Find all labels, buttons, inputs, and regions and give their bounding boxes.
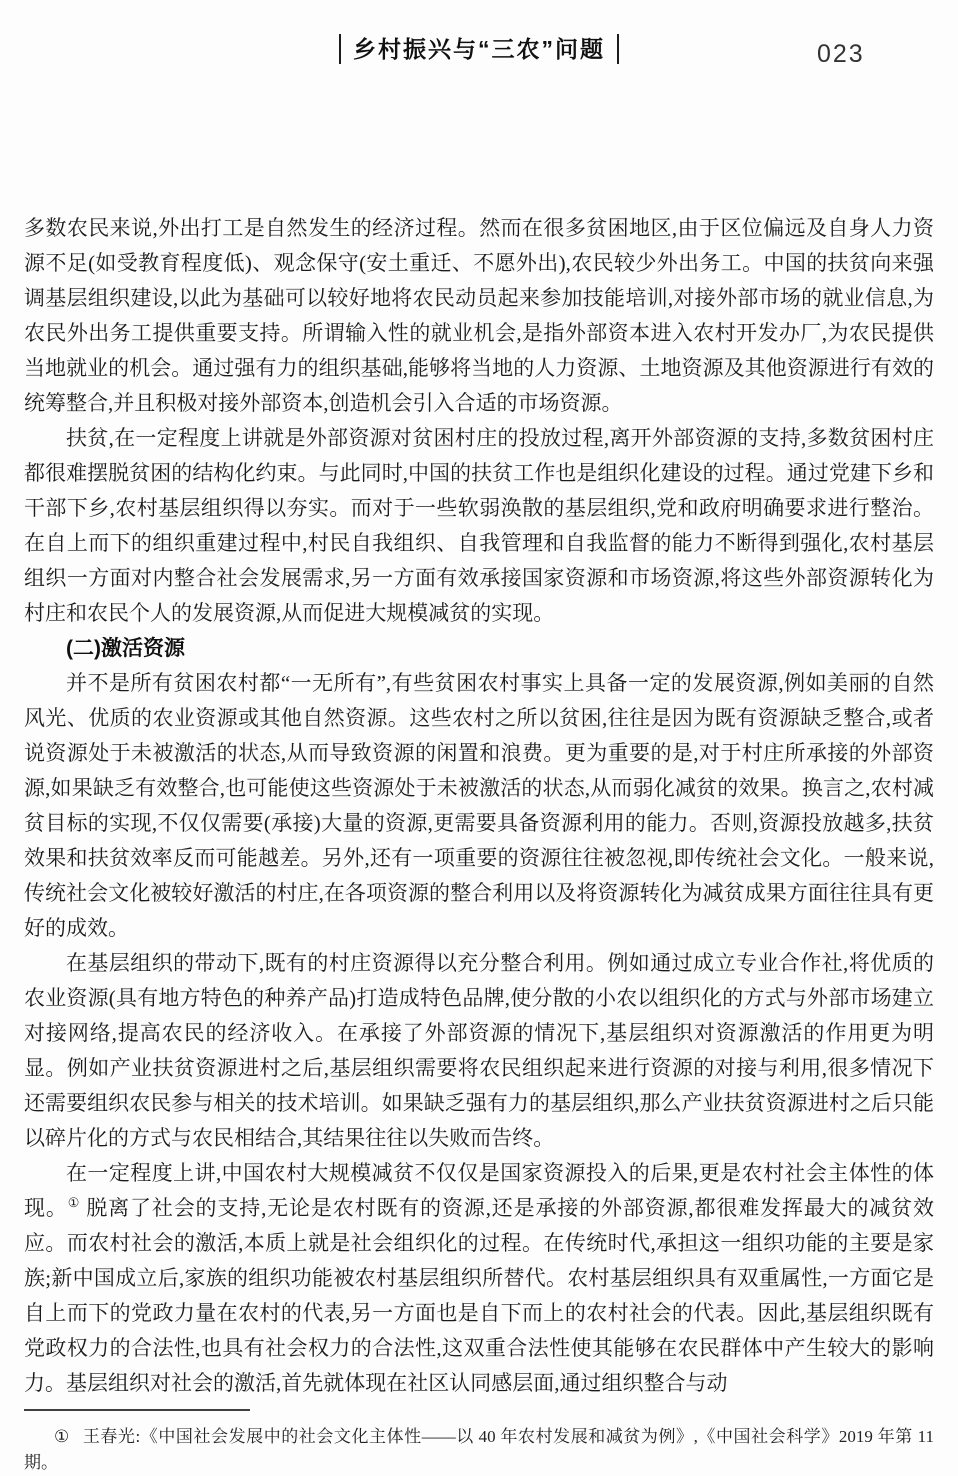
- footnote: ①王春光:《中国社会发展中的社会文化主体性——以 40 年农村发展和减贫为例》,…: [24, 1424, 934, 1476]
- paragraph-4: 在基层组织的带动下,既有的村庄资源得以充分整合利用。例如通过成立专业合作社,将优…: [24, 946, 934, 1156]
- page-number: 023: [817, 40, 865, 69]
- paragraph-1: 多数农民来说,外出打工是自然发生的经济过程。然而在很多贫困地区,由于区位偏远及自…: [24, 211, 934, 421]
- body-text: 多数农民来说,外出打工是自然发生的经济过程。然而在很多贫困地区,由于区位偏远及自…: [24, 211, 934, 1401]
- footnote-separator: [24, 1409, 250, 1411]
- paragraph-5-text-cont: 脱离了社会的支持,无论是农村既有的资源,还是承接的外部资源,都很难发挥最大的减贫…: [24, 1196, 934, 1395]
- header-right-bar: [617, 34, 619, 64]
- running-header: 乡村振兴与“三农”问题: [0, 34, 958, 69]
- page-title: 乡村振兴与“三农”问题: [353, 34, 605, 64]
- footnote-reference-mark: ①: [68, 1195, 81, 1210]
- section-heading: (二)激活资源: [24, 631, 934, 666]
- header-title-group: 乡村振兴与“三农”问题: [339, 34, 619, 64]
- paragraph-3: 并不是所有贫困农村都“一无所有”,有些贫困农村事实上具备一定的发展资源,例如美丽…: [24, 666, 934, 946]
- paragraph-2: 扶贫,在一定程度上讲就是外部资源对贫困村庄的投放过程,离开外部资源的支持,多数贫…: [24, 421, 934, 631]
- book-page: 乡村振兴与“三农”问题 023 多数农民来说,外出打工是自然发生的经济过程。然而…: [0, 0, 958, 1476]
- footnote-text: 王春光:《中国社会发展中的社会文化主体性——以 40 年农村发展和减贫为例》,《…: [24, 1427, 934, 1472]
- footnote-mark: ①: [54, 1427, 70, 1446]
- header-left-bar: [339, 34, 341, 64]
- paragraph-5: 在一定程度上讲,中国农村大规模减贫不仅仅是国家资源投入的后果,更是农村社会主体性…: [24, 1156, 934, 1401]
